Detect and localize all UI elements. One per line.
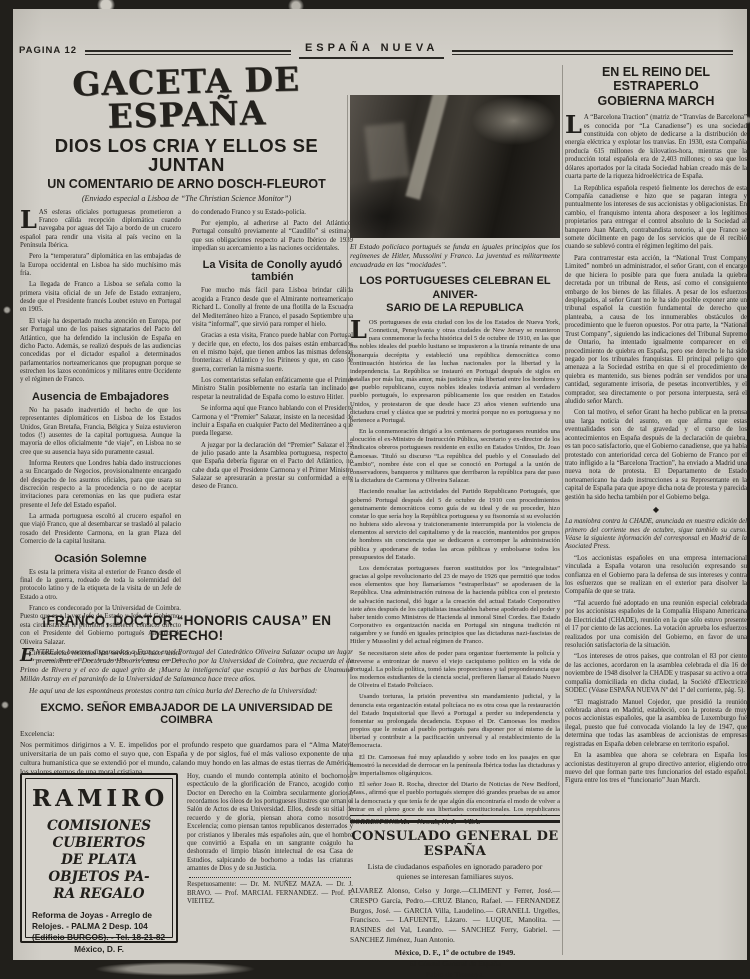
scanned-newspaper-page: PAGINA 12 ESPAÑA NUEVA GACETA DE ESPAÑA … [0,0,750,979]
drop-cap: L [350,320,367,339]
article-paragraph: “Los accionistas españoles en una empres… [565,555,747,597]
article-paragraph: El viaje ha despertado mucha atención en… [20,318,181,385]
gaceta-article: GACETA DE ESPAÑA DIOS LOS CRIA Y ELLOS S… [20,65,353,661]
gaceta-credit-line: (Enviado especial a Lisboa de “The Chris… [20,194,353,203]
estraperlo-title: EN EL REINO DEL ESTRAPERLO GOBIERNA MARC… [565,65,747,108]
article-paragraph: La República española respetó fielmente … [565,185,747,252]
ramiro-ad: RAMIRO COMISIONES CUBIERTOS DE PLATA OBJ… [20,773,178,943]
diamond-ornament-icon: ◆ [565,506,747,514]
article-paragraph: ENTRE los honores dispensados a Franco e… [20,647,353,683]
ad-line: DE PLATA [32,852,166,869]
portugueses-body: LOS portugueses de esta ciudad con los d… [350,319,560,815]
article-paragraph: Haciendo resaltar las actividades del Pa… [350,488,560,562]
paragraph-text: OS portugueses de esta ciudad con los de… [350,319,560,424]
dotted-separator [189,877,351,878]
estraperlo-article: EN EL REINO DEL ESTRAPERLO GOBIERNA MARC… [565,65,747,966]
ad-line: RA REGALO [32,886,166,903]
franco-doctor-title: ¡FRANCO, DOCTOR “HONORIS CAUSA” EN DEREC… [20,613,353,643]
article-paragraph: Usando torturas, la prisión preventiva s… [350,693,560,750]
consulado-date: México, D. F., 1º de octubre de 1949. [350,948,560,957]
consul-role: El Cónsul General de España [350,959,560,968]
ad-city: México, D. F. [32,944,166,954]
article-paragraph: LA “Barcelona Traction” (matriz de “Tran… [565,114,747,181]
consulado-title: CONSULADO GENERAL DE ESPAÑA [350,829,560,859]
article-paragraph: La armada portuguesa escoltó al crucero … [20,513,181,546]
gaceta-subtitle: DIOS LOS CRIA Y ELLOS SE JUNTAN [20,137,353,174]
franco-doctor-article: ¡FRANCO, DOCTOR “HONORIS CAUSA” EN DEREC… [20,613,353,779]
gaceta-columns: LAS esferas oficiales portuguesas promet… [20,209,353,661]
article-paragraph: Fue mucho más fácil para Lisboa brindar … [192,287,353,329]
article-paragraph: A juzgar por la declaración del “Premier… [192,442,353,492]
article-paragraph: Se necesitaron siete años de poder para … [350,650,560,691]
article-paragraph: Pero la “temperatura” diplomática en las… [20,253,181,278]
article-paragraph: “Los intereses de otros países, que cont… [565,653,747,695]
column-divider-left-center [347,95,348,819]
paragraph-text: NTRE los honores dispensados a Franco en… [20,647,353,683]
consulado-names-list: ALVAREZ Alonso, Celso y Jorge.—CLIMENT y… [350,886,560,944]
gaceta-byline: UN COMENTARIO DE ARNO DOSCH-FLEUROT [20,178,353,191]
gaceta-column-1: LAS esferas oficiales portuguesas promet… [20,209,181,661]
ad-line: COMISIONES [32,818,166,835]
header-rule-left [85,50,291,55]
title-line: LOS PORTUGUESES CELEBRAN EL ANIVER- [350,275,560,301]
title-line: GOBIERNA MARCH [565,94,747,108]
ad-contact-details: Reforma de Joyas - Arreglo de Relojes. -… [32,910,166,942]
article-paragraph: Los comentaristas señalan enfáticamente … [192,377,353,402]
photo-caption: El Estado policíaco portugués se funda e… [350,242,560,269]
consulado-subtitle: Lista de ciudadanos españoles en ignorad… [356,862,554,881]
newspaper-sheet: PAGINA 12 ESPAÑA NUEVA GACETA DE ESPAÑA … [13,9,747,960]
article-paragraph: do condenado Franco y su Estado-policía. [192,209,353,217]
paragraph-text: AS esferas oficiales portuguesas prometi… [20,209,181,249]
article-paragraph: Con tal motivo, el señor Grant ha hecho … [565,409,747,502]
article-paragraph: Nos permitimos dirigirnos a V. E. impeli… [20,740,353,776]
article-paragraph: Para contrarrestar esta acción, la “Nati… [565,255,747,407]
article-paragraph: Por ejemplo, al adherirse al Pacto del A… [192,220,353,253]
consulado-notice: CONSULADO GENERAL DE ESPAÑA Lista de ciu… [350,815,560,979]
article-paragraph: Hoy, cuando el mundo contempla atónito e… [187,773,353,873]
consul-name: Pablo de Tremoya. [350,970,560,979]
article-paragraph: LOS portugueses de esta ciudad con los d… [350,319,560,425]
article-paragraph: “El magistrado Manuel Cojedor, que presi… [565,699,747,750]
letter-continuation-column: Hoy, cuando el mundo contempla atónito e… [187,773,353,955]
ad-brand-name: RAMIRO [32,787,166,810]
subhead-ocasion: Ocasión Solemne [20,553,181,565]
gaceta-title: GACETA DE ESPAÑA [19,61,353,135]
drop-cap: L [20,210,37,229]
title-line: EN EL REINO DEL ESTRAPERLO [565,65,747,94]
article-paragraph: Los demócratas portugueses fueron sustit… [350,565,560,647]
letter-signatures: Respetuosamente: — Dr. M. NUÑEZ MAZA. — … [187,881,353,906]
article-paragraph: Se informa aquí que Franco hablando con … [192,405,353,438]
column-divider-center-right [562,65,563,955]
paragraph-text: A “Barcelona Traction” (matriz de “Tranv… [565,114,747,180]
bottom-left-row: RAMIRO COMISIONES CUBIERTOS DE PLATA OBJ… [20,773,353,955]
page-header: PAGINA 12 ESPAÑA NUEVA [19,42,741,59]
article-paragraph: He aquí una de las espontáneas protestas… [20,686,353,695]
title-line: SARIO DE LA REPUBLICA [350,302,560,315]
article-paragraph: El Dr. Camoesas fué muy aplaudido y sobr… [350,754,560,779]
drop-cap: E [20,648,34,663]
ad-line: OBJETOS PA- [32,869,166,886]
letter-salutation: Excelencia: [20,729,353,738]
drop-cap: L [565,115,582,134]
news-photo [350,95,560,238]
article-paragraph: Es esta la primera visita al exterior de… [20,569,181,602]
article-paragraph: El señor Joao R. Rocha, director del Dia… [350,781,560,815]
article-paragraph: En la conmemoración dirigió a los centen… [350,428,560,485]
article-paragraph: La llegada de Franco a Lisboa se señala … [20,281,181,314]
portugueses-title: LOS PORTUGUESES CELEBRAN EL ANIVER- SARI… [350,275,560,315]
gaceta-column-2: do condenado Franco y su Estado-policía.… [192,209,353,661]
article-paragraph: “Tal acuerdo fué adoptado en una reunión… [565,600,747,651]
ad-line: CUBIERTOS [32,835,166,852]
letter-title: EXCMO. SEÑOR EMBAJADOR DE LA UNIVERSIDAD… [20,702,353,726]
page-number-label: PAGINA 12 [19,45,77,59]
article-paragraph: En la asamblea que ahora se celebrara en… [565,752,747,786]
article-paragraph: LAS esferas oficiales portuguesas promet… [20,209,181,251]
header-rule-right [452,50,733,55]
article-paragraph: La maniobra contra la CHADE, anunciada e… [565,518,747,552]
portugueses-article: El Estado policíaco portugués se funda e… [350,95,560,826]
subhead-conolly: La Visita de Conolly ayudó también [192,259,353,283]
subhead-ausencia: Ausencia de Embajadores [20,391,181,403]
ramiro-ad-frame: RAMIRO COMISIONES CUBIERTOS DE PLATA OBJ… [25,778,173,938]
article-paragraph: No ha pasado inadvertido el hecho de que… [20,407,181,457]
article-paragraph: Gracias a esta visita, Franco puede habl… [192,332,353,374]
double-rule [350,815,560,823]
estraperlo-body: LA “Barcelona Traction” (matriz de “Tran… [565,114,747,966]
masthead-title: ESPAÑA NUEVA [299,42,444,59]
article-paragraph: Informa Reuters que Londres había dado i… [20,460,181,510]
